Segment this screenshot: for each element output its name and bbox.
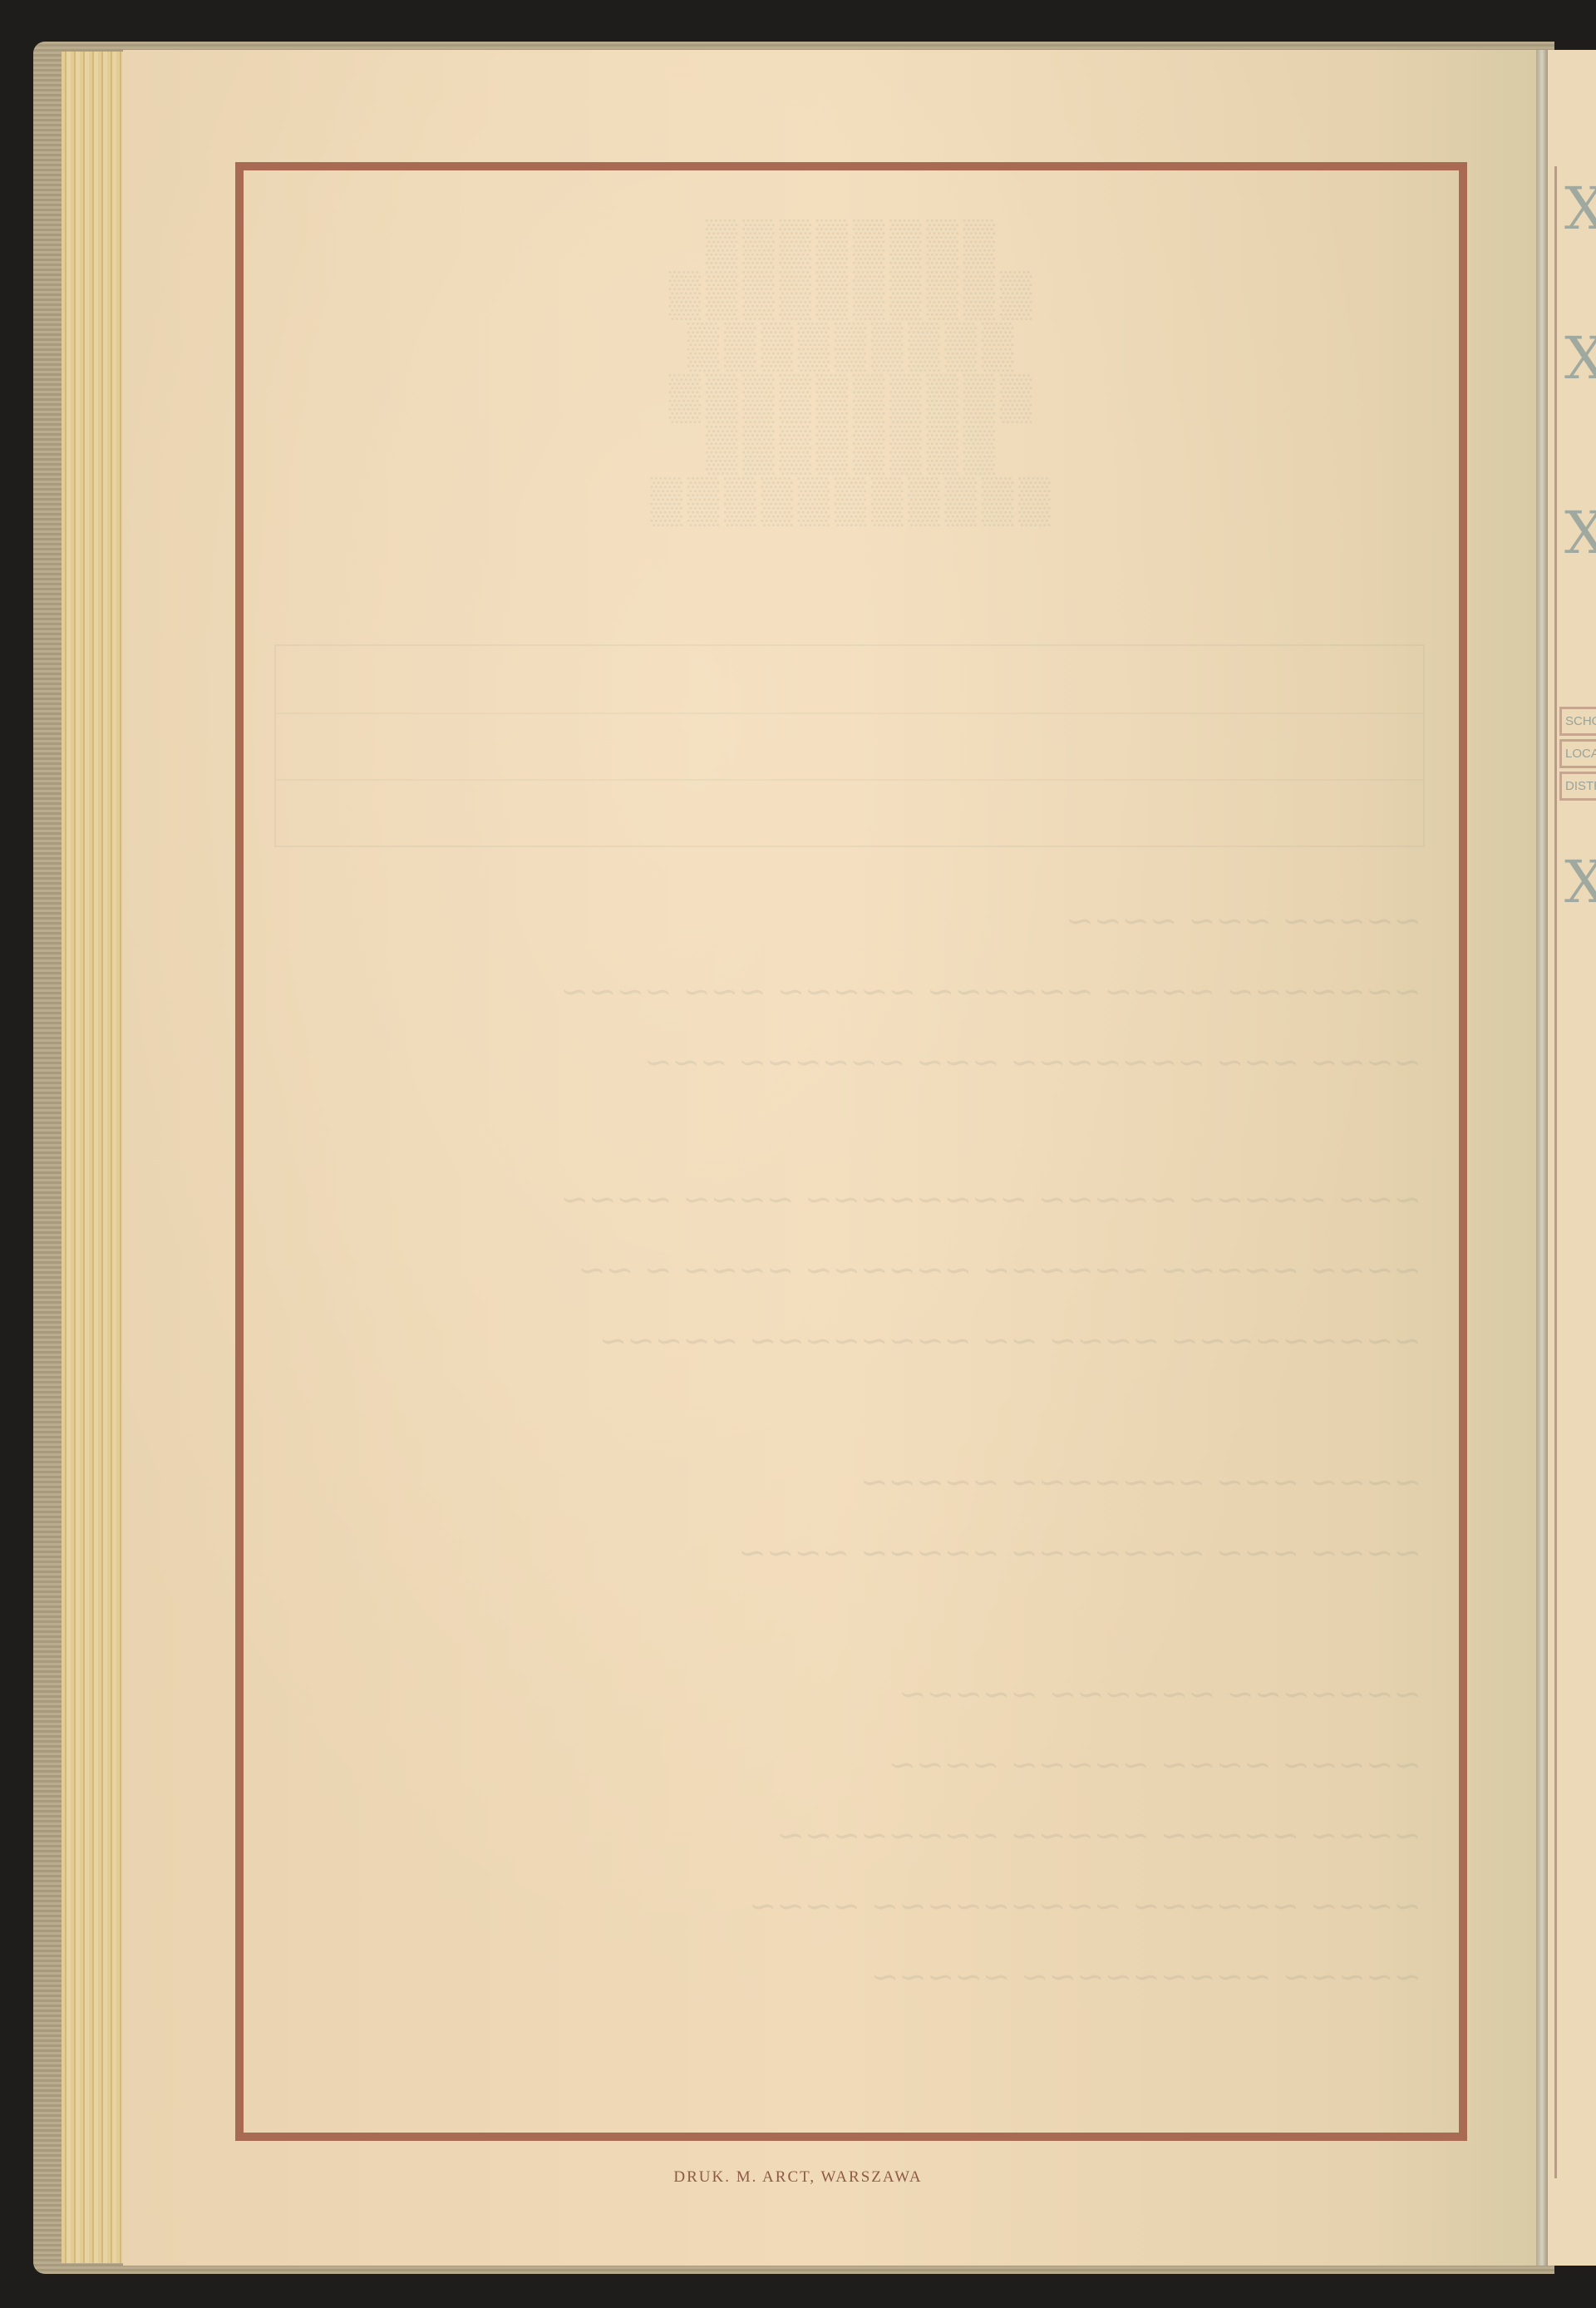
page-stack-edge	[62, 52, 128, 2263]
ornament-icon: Ⅹ	[1564, 324, 1596, 392]
ornament-icon: Ⅹ	[1564, 499, 1596, 567]
ornament-icon: Ⅹ	[1564, 848, 1596, 916]
decorative-page-frame	[235, 162, 1467, 2141]
printer-imprint: DRUK. M. ARCT, WARSZAWA	[0, 2168, 1596, 2187]
adjacent-page-labels: SCHOO SZKOŁ LOCAL MIEJS DISTR POWI	[1559, 707, 1596, 804]
adjacent-page-frame	[1554, 166, 1596, 2178]
adjacent-page-edge: Ⅹ Ⅹ Ⅹ SCHOO SZKOŁ LOCAL MIEJS DISTR POWI…	[1548, 50, 1596, 2266]
label-school: SCHOO SZKOŁ	[1559, 707, 1596, 736]
label-locality: LOCAL MIEJS	[1559, 739, 1596, 768]
book-gutter	[1536, 50, 1548, 2266]
ornament-icon: Ⅹ	[1564, 175, 1596, 243]
label-district: DISTR POWI	[1559, 772, 1596, 801]
